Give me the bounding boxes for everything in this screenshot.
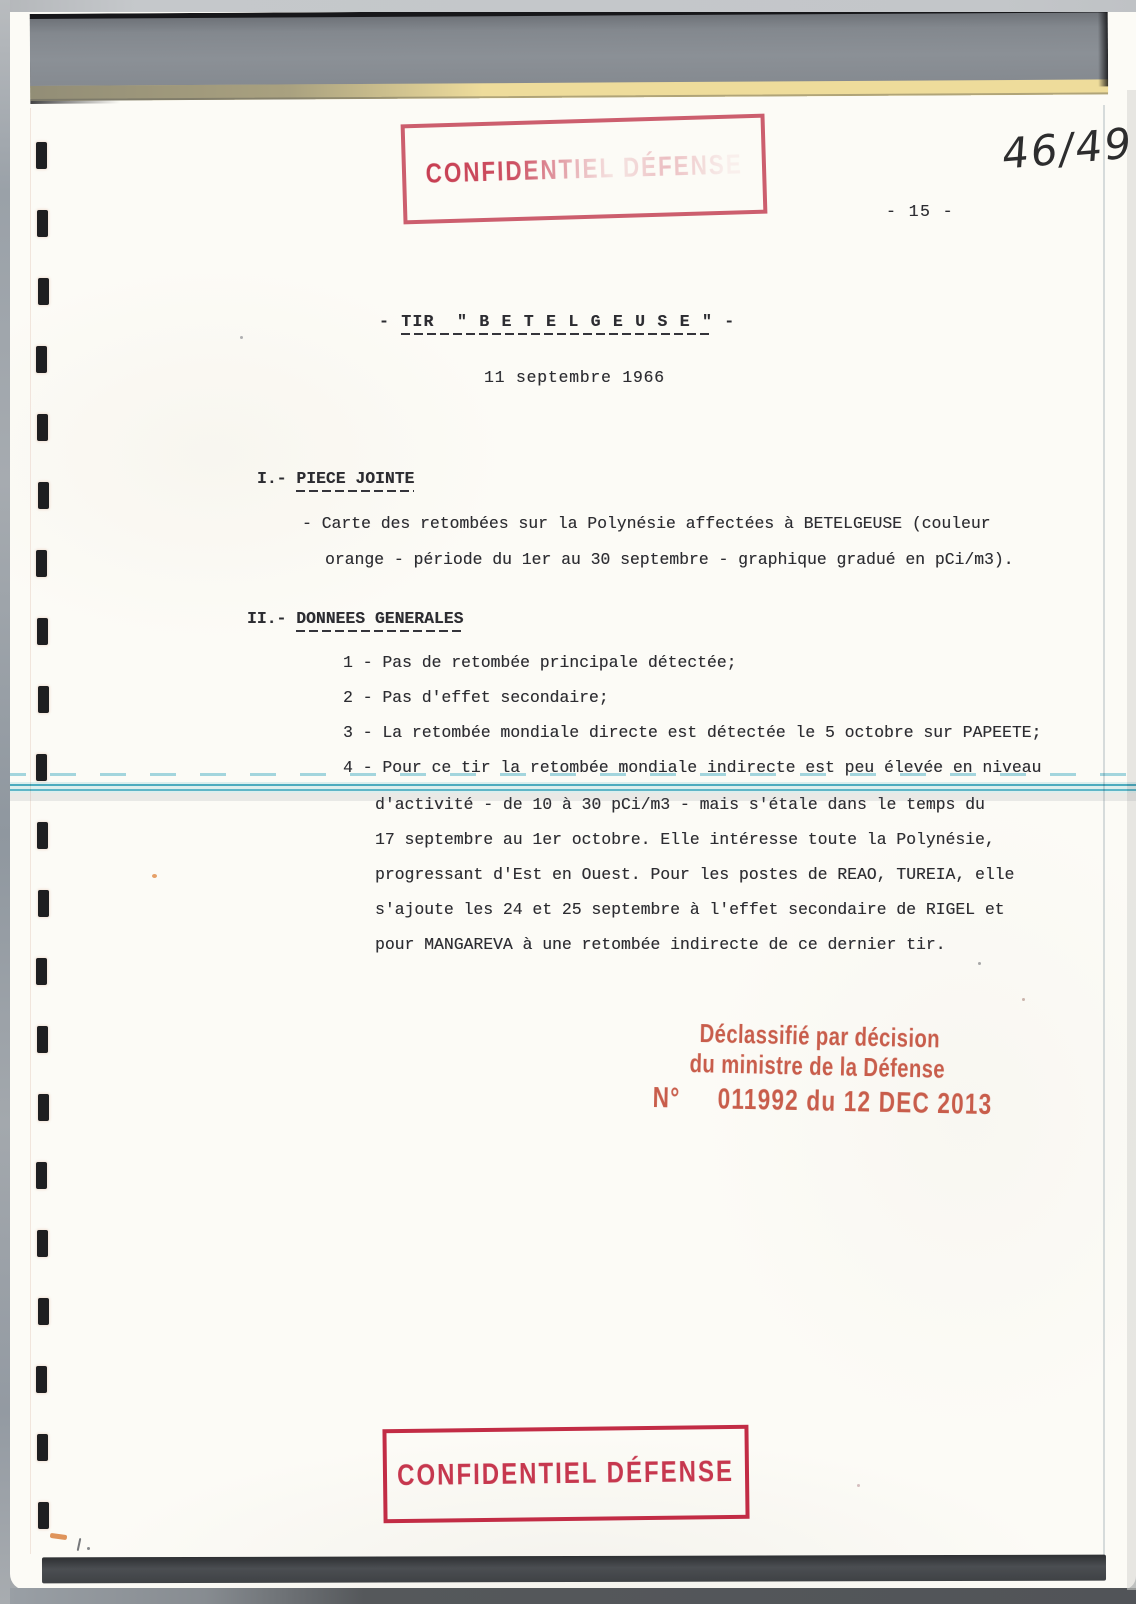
document-date: 11 septembre 1966	[484, 367, 665, 389]
section-2-item-1: 1 - Pas de retombée principale détectée;	[343, 652, 736, 674]
pen-scribble-dot	[87, 1547, 90, 1550]
binding-hole	[37, 618, 48, 645]
scanned-document-page: 46/49 - 15 - CONFIDENTIEL DÉFENSE - TIR …	[0, 0, 1136, 1604]
binding-hole	[38, 1502, 49, 1529]
binding-hole	[38, 482, 49, 509]
scanner-left-strip	[0, 0, 10, 1604]
confidential-stamp-top: CONFIDENTIEL DÉFENSE	[401, 114, 768, 225]
declassification-stamp-line-2: du ministre de la Défense	[689, 1048, 945, 1085]
binding-hole	[37, 414, 48, 441]
scanner-bottom-strip	[0, 1588, 1136, 1604]
confidential-stamp-top-text: CONFIDENTIEL DÉFENSE	[425, 148, 743, 189]
page-left-crease	[30, 108, 31, 1554]
section-1-heading-text: PIECE JOINTE	[296, 469, 414, 492]
title-prefix: -	[379, 312, 401, 331]
confidential-stamp-bottom-text: CONFIDENTIEL DÉFENSE	[397, 1455, 734, 1493]
section-1-line-1: - Carte des retombées sur la Polynésie a…	[302, 513, 991, 535]
binding-hole	[36, 142, 47, 169]
cyan-artifact-line-upper	[0, 784, 1136, 786]
binding-hole	[38, 686, 49, 713]
section-2-item-2: 2 - Pas d'effet secondaire;	[343, 687, 609, 709]
binding-hole	[38, 1298, 49, 1325]
document-title: - TIR " B E T E L G E U S E " -	[379, 311, 735, 333]
paper-speck	[240, 336, 243, 339]
binding-hole	[37, 1026, 48, 1053]
binding-hole	[38, 890, 49, 917]
title-suffix: -	[713, 312, 735, 331]
section-1-numeral: I.-	[257, 469, 287, 488]
binding-hole	[36, 1366, 47, 1393]
binding-hole	[36, 1162, 47, 1189]
binding-hole	[36, 346, 47, 373]
paper-speck	[978, 962, 981, 965]
section-2-item-4-line-6: pour MANGAREVA à une retombée indirecte …	[375, 934, 946, 956]
paper-speck	[1022, 998, 1025, 1001]
binding-hole	[38, 1094, 49, 1121]
page-right-edge-line	[1103, 105, 1105, 1557]
section-2-numeral: II.-	[247, 609, 286, 628]
orange-speck	[152, 874, 157, 878]
paper-speck	[857, 1484, 860, 1487]
scan-shadow-band	[0, 793, 1136, 801]
section-2-item-4-line-4: progressant d'Est en Ouest. Pour les pos…	[375, 864, 1014, 886]
binding-hole	[37, 210, 48, 237]
folder-bottom-bar	[42, 1555, 1106, 1584]
folder-band-gray	[30, 11, 1108, 88]
title-main: TIR " B E T E L G E U S E "	[401, 312, 713, 335]
folder-edge-band	[30, 7, 1109, 104]
scanner-right-strip	[1127, 90, 1136, 1590]
binding-hole	[36, 550, 47, 577]
binding-hole	[36, 958, 47, 985]
section-2-item-3: 3 - La retombée mondiale directe est dét…	[343, 722, 1041, 744]
section-2-heading-text: DONNEES GENERALES	[296, 609, 463, 632]
binding-hole	[37, 822, 48, 849]
cyan-artifact-dashed-line	[0, 773, 1136, 776]
page-number: - 15 -	[886, 201, 954, 223]
binding-hole	[38, 278, 49, 305]
binding-hole	[37, 1434, 48, 1461]
confidential-stamp-bottom: CONFIDENTIEL DÉFENSE	[382, 1425, 749, 1523]
binding-hole	[36, 754, 47, 781]
section-2-heading: II.- DONNEES GENERALES	[247, 608, 463, 630]
binding-hole	[37, 1230, 48, 1257]
section-2-item-4-line-3: 17 septembre au 1er octobre. Elle intére…	[375, 829, 995, 851]
section-1-heading: I.- PIECE JOINTE	[257, 468, 414, 490]
scanner-top-strip	[0, 0, 1136, 12]
section-2-item-4-line-5: s'ajoute les 24 et 25 septembre à l'effe…	[375, 899, 1005, 921]
declassification-stamp-line-3: N° 011992 du 12 DEC 2013	[652, 1082, 992, 1122]
cyan-artifact-line-lower	[0, 789, 1136, 791]
section-1-line-2: orange - période du 1er au 30 septembre …	[325, 549, 1014, 571]
